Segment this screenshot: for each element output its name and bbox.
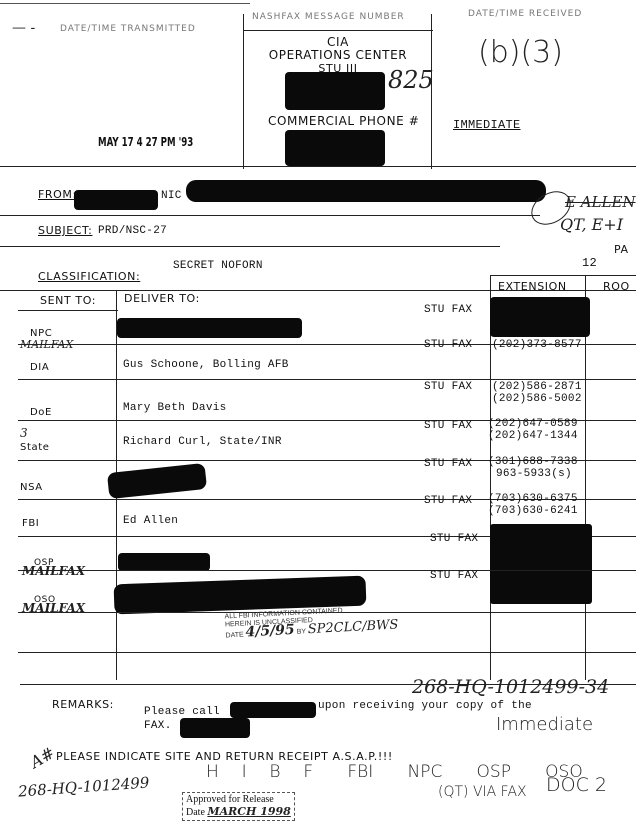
row-doe-deliver-to: Mary Beth Davis bbox=[123, 402, 227, 414]
transmitted-date-stamp: MAY 17 4 27 PM '93 bbox=[98, 135, 193, 149]
footer-handwritten-doc: DOC 2 bbox=[546, 774, 607, 796]
from-divider bbox=[0, 215, 540, 216]
remarks-text-line2: FAX. bbox=[144, 720, 172, 732]
fbi-stamp-date: 4/5/95 bbox=[245, 622, 295, 641]
fbi-stamp-date-label: DATE bbox=[225, 632, 243, 640]
row-fbi-extension-1: (703)630-6375 bbox=[488, 493, 578, 505]
from-label: FROM: bbox=[38, 188, 77, 201]
handwritten-extension: 825 bbox=[388, 66, 434, 94]
date-time-received-label: DATE/TIME RECEIVED bbox=[468, 9, 582, 19]
row-doe-method: STU FAX bbox=[424, 381, 472, 393]
from-nic: NIC bbox=[161, 190, 182, 202]
row-state-extension-2: (202)647-1344 bbox=[488, 430, 578, 442]
redaction-remarks-contact bbox=[230, 702, 316, 718]
col-header-room: ROO bbox=[603, 280, 630, 293]
row-fbi-extension-2: (703)630-6241 bbox=[488, 505, 578, 517]
subject-label: SUBJECT: bbox=[38, 224, 92, 237]
classification-value: SECRET NOFORN bbox=[173, 260, 263, 272]
row-oso-method: STU FAX bbox=[430, 570, 478, 582]
subject-value: PRD/NSC-27 bbox=[98, 225, 167, 237]
redaction-from-detail bbox=[186, 180, 546, 202]
row-state-method: STU FAX bbox=[424, 420, 472, 432]
row-dia-method: STU FAX bbox=[424, 339, 472, 351]
handwritten-initials: A# bbox=[27, 743, 58, 772]
row-fbi-deliver-to: Ed Allen bbox=[123, 515, 178, 527]
row-dia-extension: (202)373-8577 bbox=[492, 339, 582, 351]
top-edge-line bbox=[0, 3, 250, 4]
row-dia-deliver-to: Gus Schoone, Bolling AFB bbox=[123, 359, 289, 371]
redaction-npc-name bbox=[117, 318, 302, 338]
redaction-from-name bbox=[74, 190, 158, 210]
row-state-annotation: 3 bbox=[20, 426, 28, 440]
redaction-remarks-line2 bbox=[180, 718, 250, 738]
subject-divider bbox=[0, 246, 500, 247]
redaction-nsa-name bbox=[107, 463, 207, 499]
handwritten-note-qt: QT, E+I bbox=[560, 215, 623, 234]
sender-center: OPERATIONS CENTER bbox=[243, 49, 433, 62]
exemption-note: (b)(3) bbox=[478, 35, 563, 70]
redaction-commercial-phone bbox=[285, 130, 385, 166]
redaction-osp-oso-extension bbox=[490, 524, 592, 604]
row-fbi-sent-to: FBI bbox=[22, 518, 39, 529]
row-npc-method: STU FAX bbox=[424, 304, 472, 316]
release-approval-stamp: Approved for Release Date MARCH 1998 bbox=[182, 792, 295, 821]
remarks-text-after: upon receiving your copy of the bbox=[318, 700, 532, 712]
redaction-osp-name bbox=[118, 553, 210, 571]
row-dia-sent-to: DIA bbox=[30, 362, 49, 373]
col-header-sent-to: SENT TO: bbox=[40, 294, 96, 307]
pages-value: 12 bbox=[582, 256, 597, 270]
row-divider-7 bbox=[18, 570, 636, 571]
remarks-text-before: Please call bbox=[144, 706, 220, 718]
row-osp-method: STU FAX bbox=[430, 533, 478, 545]
header-box-top-border bbox=[243, 30, 433, 31]
row-state-deliver-to: Richard Curl, State/INR bbox=[123, 436, 282, 448]
precedence-label: IMMEDIATE bbox=[453, 118, 521, 132]
release-stamp-date-label: Date bbox=[186, 807, 205, 818]
handwritten-file-number: 268-HQ-1012499-34 bbox=[412, 676, 609, 698]
handwritten-precedence: Immediate bbox=[496, 714, 593, 735]
fbi-stamp-by-label: BY bbox=[297, 628, 307, 635]
row-nsa-extension-2: 963-5933(s) bbox=[496, 468, 572, 480]
header-row-divider bbox=[18, 310, 118, 311]
row-doe-extension-2: (202)586-5002 bbox=[492, 393, 582, 405]
footer-handwritten-codes: H I B F FBI NPC OSP OSO bbox=[206, 762, 583, 782]
redaction-stu-number bbox=[285, 72, 385, 110]
row-doe-sent-to: DoE bbox=[30, 407, 52, 418]
release-stamp-date: MARCH 1998 bbox=[207, 805, 290, 818]
fbi-declass-stamp: ALL FBI INFORMATION CONTAINED HEREIN IS … bbox=[224, 604, 398, 640]
classification-label: CLASSIFICATION: bbox=[38, 270, 140, 283]
row-fbi-method: STU FAX bbox=[424, 495, 472, 507]
row-nsa-extension-1: (301)688-7338 bbox=[488, 456, 578, 468]
handwritten-mark: — ‐ bbox=[12, 20, 35, 36]
remarks-label: REMARKS: bbox=[52, 698, 114, 711]
row-nsa-method: STU FAX bbox=[424, 458, 472, 470]
commercial-phone-label: COMMERCIAL PHONE # bbox=[268, 114, 419, 128]
header-divider bbox=[0, 166, 636, 167]
ext-header-top bbox=[490, 275, 636, 276]
col-header-deliver-to: DELIVER TO: bbox=[124, 292, 200, 305]
row-doe-extension-1: (202)586-2871 bbox=[492, 381, 582, 393]
footer-handwritten-via: (QT) VIA FAX bbox=[438, 784, 527, 800]
row-nsa-sent-to: NSA bbox=[20, 482, 43, 493]
col-header-extension: EXTENSION bbox=[498, 280, 567, 293]
row-divider-9 bbox=[18, 652, 636, 653]
footer-handwritten-file: 268-HQ-1012499 bbox=[18, 773, 150, 800]
message-number-label: NASHFAX MESSAGE NUMBER bbox=[252, 12, 405, 22]
handwritten-note-allen: E ALLEN bbox=[565, 193, 636, 211]
redaction-npc-extension bbox=[490, 297, 590, 337]
row-state-extension-1: (202)647-0589 bbox=[488, 418, 578, 430]
pages-label: PA bbox=[614, 243, 629, 256]
date-time-transmitted-label: DATE/TIME TRANSMITTED bbox=[60, 24, 196, 34]
row-state-sent-to: State bbox=[20, 442, 49, 453]
